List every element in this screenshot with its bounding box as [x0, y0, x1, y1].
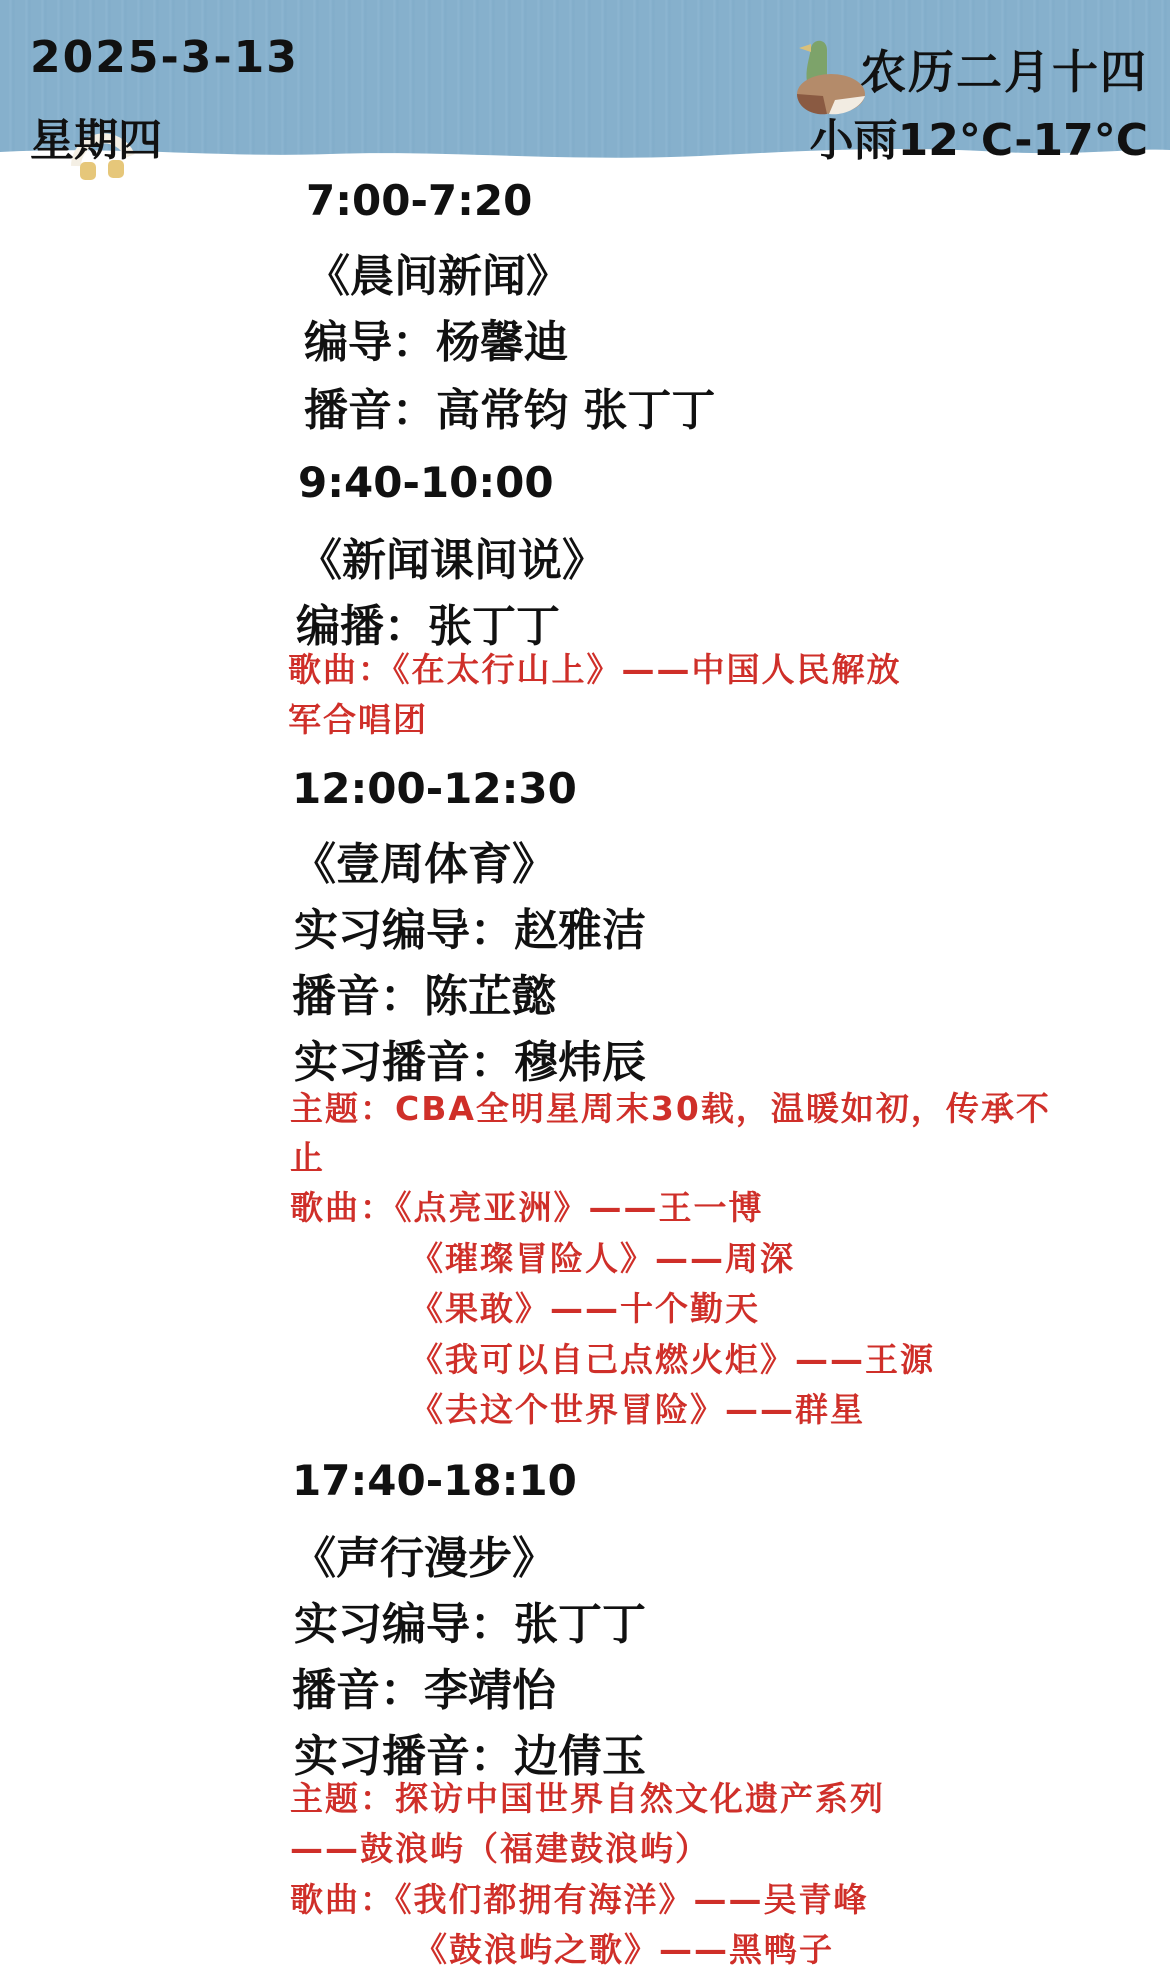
program-note: 主题：探访中国世界自然文化遗产系列 — [290, 1773, 885, 1820]
program-time: 9:40-10:00 — [298, 458, 554, 507]
program-note: 主题：CBA全明星周末30载，温暖如初，传承不 — [290, 1083, 1051, 1130]
program-title: 《晨间新闻》 — [306, 240, 570, 304]
program-credit: 实习播音：穆炜辰 — [294, 1026, 646, 1090]
program-credit: 播音：陈芷懿 — [292, 960, 556, 1024]
lunar-date-label: 农历二月十四 — [860, 36, 1148, 102]
program-note: 歌曲：《在太行山上》——中国人民解放 — [288, 644, 902, 691]
program-note: 《鼓浪屿之歌》——黑鸭子 — [414, 1924, 834, 1971]
program-credit: 实习编导：张丁丁 — [294, 1588, 646, 1652]
program-credit: 实习编导：赵雅洁 — [294, 894, 646, 958]
program-note: 《果敢》——十个勤天 — [410, 1283, 760, 1330]
program-credit: 播音：李靖怡 — [292, 1654, 556, 1718]
program-note: 歌曲：《我们都拥有海洋》——吴青峰 — [290, 1874, 869, 1921]
program-time: 12:00-12:30 — [292, 764, 577, 813]
date-label: 2025-3-13 — [30, 32, 299, 83]
program-title: 《声行漫步》 — [292, 1522, 556, 1586]
program-credit: 编导：杨馨迪 — [304, 306, 568, 370]
program-note: 军合唱团 — [288, 694, 428, 741]
program-note: ——鼓浪屿（福建鼓浪屿） — [290, 1823, 710, 1870]
program-credit: 播音：高常钧 张丁丁 — [304, 374, 715, 438]
program-note: 《璀璨冒险人》——周深 — [410, 1233, 795, 1280]
program-note: 止 — [290, 1132, 325, 1179]
program-note: 歌曲：《点亮亚洲》——王一博 — [290, 1182, 764, 1229]
program-title: 《壹周体育》 — [292, 828, 556, 892]
program-note: 《去这个世界冒险》——群星 — [410, 1384, 865, 1431]
program-title: 《新闻课间说》 — [298, 524, 606, 588]
weather-label: 小雨12°C-17°C — [810, 104, 1148, 168]
weekday-label: 星期四 — [30, 104, 162, 168]
program-time: 17:40-18:10 — [292, 1456, 577, 1505]
program-note: 《我可以自己点燃火炬》——王源 — [410, 1334, 935, 1381]
program-time: 7:00-7:20 — [306, 176, 532, 225]
